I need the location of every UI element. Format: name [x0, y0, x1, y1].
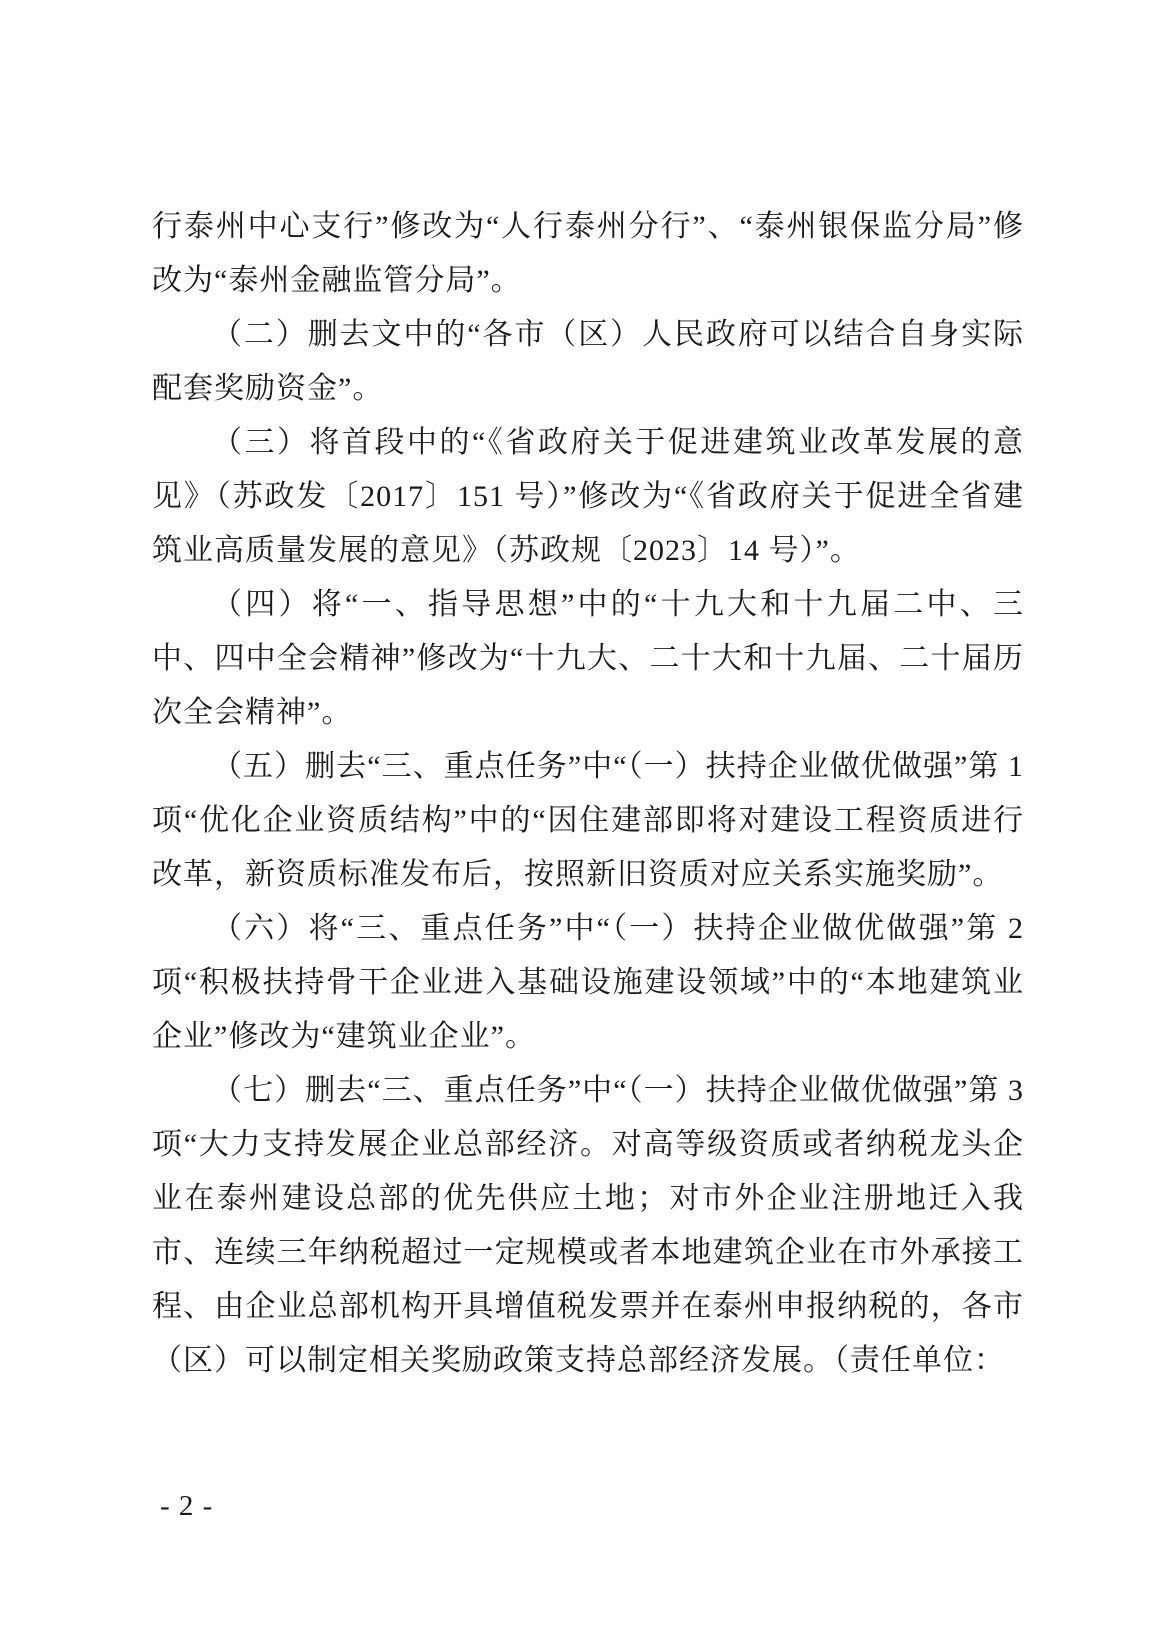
paragraph-item-3: （三）将首段中的“《省政府关于促进建筑业改革发展的意见》（苏政发〔2017〕15… [152, 416, 1024, 578]
document-body: 行泰州中心支行”修改为“人行泰州分行”、“泰州银保监分局”修改为“泰州金融监管分… [152, 200, 1024, 1388]
page-number: - 2 - [160, 1486, 213, 1526]
paragraph-continuation: 行泰州中心支行”修改为“人行泰州分行”、“泰州银保监分局”修改为“泰州金融监管分… [152, 200, 1024, 308]
document-page: 行泰州中心支行”修改为“人行泰州分行”、“泰州银保监分局”修改为“泰州金融监管分… [0, 0, 1158, 1637]
paragraph-item-4: （四）将“一、指导思想”中的“十九大和十九届二中、三中、四中全会精神”修改为“十… [152, 578, 1024, 740]
paragraph-item-6: （六）将“三、重点任务”中“（一）扶持企业做优做强”第 2 项“积极扶持骨干企业… [152, 902, 1024, 1064]
paragraph-item-2: （二）删去文中的“各市（区）人民政府可以结合自身实际配套奖励资金”。 [152, 308, 1024, 416]
paragraph-item-7: （七）删去“三、重点任务”中“（一）扶持企业做优做强”第 3 项“大力支持发展企… [152, 1064, 1024, 1388]
paragraph-item-5: （五）删去“三、重点任务”中“（一）扶持企业做优做强”第 1 项“优化企业资质结… [152, 740, 1024, 902]
